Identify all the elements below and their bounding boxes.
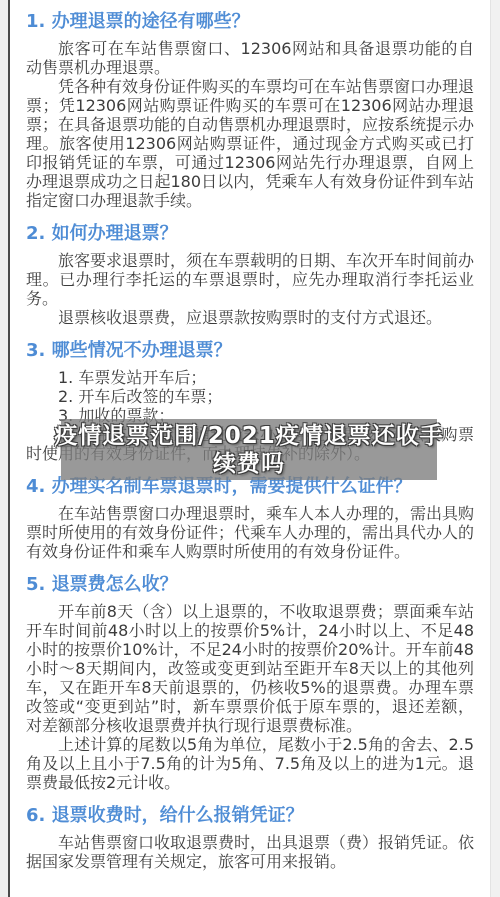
section-2-paragraph-2: 退票核收退票费，应退票款按购票时的支付方式退还。 (26, 308, 474, 327)
section-3-heading: 3. 哪些情况不办理退票？ (26, 341, 474, 361)
section-6-paragraph-1: 车站售票窗口收取退票费时，出具退票（费）报销凭证。依据国家发票管理有关规定，旅客… (26, 833, 474, 871)
section-5-heading: 5. 退票费怎么收？ (26, 575, 474, 595)
section-1-paragraph-2: 凭各种有效身份证件购买的车票均可在车站售票窗口办理退票；凭12306网站购票证件… (26, 77, 474, 210)
section-5-paragraph-2: 上述计算的尾数以5角为单位，尾数小于2.5角的舍去、2.5角及以上且小于7.5角… (26, 735, 474, 792)
section-4-heading: 4. 办理实名制车票退票时，需要提供什么证件？ (26, 477, 474, 497)
right-gutter (490, 0, 500, 897)
section-2-heading: 2. 如何办理退票？ (26, 224, 474, 244)
faq-section-6: 6. 退票收费时，给什么报销凭证？ 车站售票窗口收取退票费时，出具退票（费）报销… (26, 806, 474, 871)
section-3-list-item-1: 1. 车票发站开车后； (26, 368, 474, 387)
section-1-heading: 1. 办理退票的途径有哪些？ (26, 12, 474, 32)
faq-section-2: 2. 如何办理退票？ 旅客要求退票时，须在车票载明的日期、车次开车时间前办理。已… (26, 224, 474, 327)
faq-section-5: 5. 退票费怎么收？ 开车前8天（含）以上退票的，不收取退票费；票面乘车站开车时… (26, 575, 474, 792)
faq-section-1: 1. 办理退票的途径有哪些？ 旅客可在车站售票窗口、12306网站和具备退票功能… (26, 12, 474, 210)
faq-section-4: 4. 办理实名制车票退票时，需要提供什么证件？ 在车站售票窗口办理退票时，乘车人… (26, 477, 474, 561)
watermark-title-overlay: 疫情退票范围/2021疫情退票还收手 续费吗 (61, 419, 437, 480)
section-4-paragraph-1: 在车站售票窗口办理退票时，乘车人本人办理的，需出具购票时所使用的有效身份证件；代… (26, 504, 474, 561)
section-6-heading: 6. 退票收费时，给什么报销凭证？ (26, 806, 474, 826)
watermark-title-line-1: 疫情退票范围/2021疫情退票还收手 (54, 422, 443, 450)
section-2-paragraph-1: 旅客要求退票时，须在车票载明的日期、车次开车时间前办理。已办理行李托运的车票退票… (26, 251, 474, 308)
watermark-title-line-2: 续费吗 (213, 450, 285, 478)
left-gutter (0, 0, 8, 897)
section-1-paragraph-1: 旅客可在车站售票窗口、12306网站和具备退票功能的自动售票机办理退票。 (26, 39, 474, 77)
section-3-list-item-2: 2. 开车后改签的车票； (26, 387, 474, 406)
section-5-paragraph-1: 开车前8天（含）以上退票的，不收取退票费；票面乘车站开车时间前48小时以上的按票… (26, 602, 474, 735)
